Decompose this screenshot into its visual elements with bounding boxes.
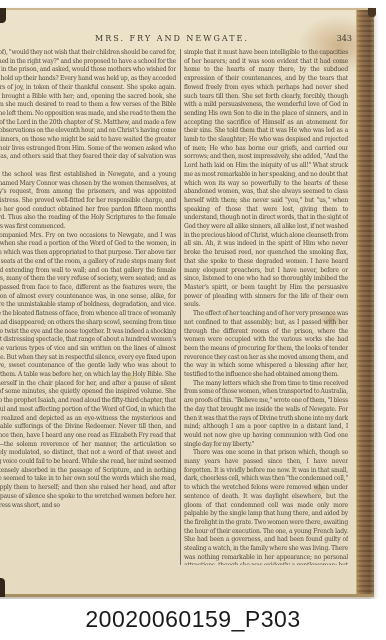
page-corner-shadow-bottom-left [0, 578, 5, 597]
page-content: MRS. FRY AND NEWGATE. 343 of reproof), "… [0, 10, 356, 590]
right-column: simple that it must have been intelligib… [184, 49, 348, 565]
paragraph: The effect of her teaching and of her ve… [184, 310, 348, 380]
paragraph: I accompanied Mrs. Fry on two occasions … [0, 232, 176, 511]
paragraph: simple that it must have been intelligib… [184, 49, 348, 310]
page-corner-shadow-top-left [0, 8, 6, 23]
artifact-label: 20020060159_P303 [85, 606, 300, 633]
page-corner-shadow-top-right [368, 8, 376, 17]
left-column: of reproof), "would they not wish that t… [0, 49, 176, 565]
page-title: MRS. FRY AND NEWGATE. [95, 34, 249, 43]
running-head: MRS. FRY AND NEWGATE. 343 [0, 10, 356, 49]
page-number: 343 [249, 34, 354, 43]
book-page-photo: MRS. FRY AND NEWGATE. 343 of reproof), "… [0, 8, 374, 597]
paragraph: There was one scene in that prison which… [184, 449, 348, 565]
paragraph: The many letters which she from time to … [184, 380, 348, 450]
caption-bar: 20020060159_P303 [0, 599, 386, 640]
paragraph: of reproof), "would they not wish that t… [0, 49, 176, 171]
text-columns: of reproof), "would they not wish that t… [0, 49, 356, 565]
paragraph: Thus the school was first established in… [0, 171, 176, 232]
book-fore-edge [356, 10, 374, 594]
column-rule [180, 49, 181, 565]
